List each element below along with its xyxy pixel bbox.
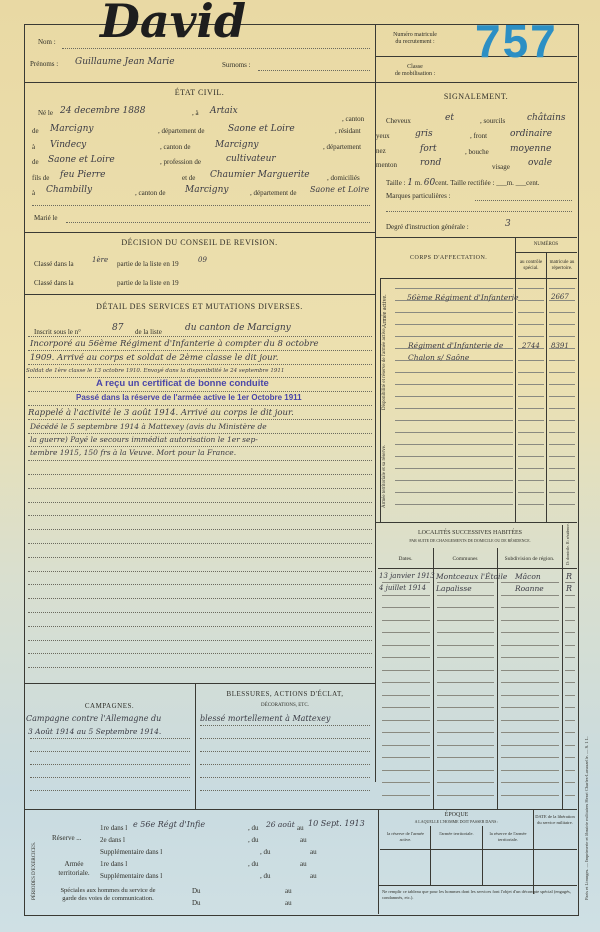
ruled-line	[437, 720, 494, 721]
exercices-epoque-divider	[378, 809, 379, 914]
liste-value: du canton de Marcigny	[185, 323, 291, 333]
ruled-line	[549, 312, 575, 313]
ruled-line	[382, 657, 430, 658]
ruled-line	[382, 695, 430, 696]
profession-value: cultivateur	[226, 154, 276, 164]
row-terr-1: 1re dans l	[100, 860, 127, 868]
ruled-line	[382, 707, 430, 708]
col-dr: D: domicile. R: résidence.	[565, 523, 570, 565]
ruled-line	[501, 620, 559, 621]
classe-label-1: Classe	[407, 64, 423, 70]
ruled-line	[565, 657, 575, 658]
ruled-line	[501, 732, 559, 733]
ruled-line	[518, 360, 544, 361]
localite-dr: R	[566, 572, 572, 581]
residence-value: Vindecy	[50, 140, 86, 150]
localite-dr: R	[566, 584, 572, 593]
ruled-line	[437, 620, 494, 621]
menton-label: menton	[376, 161, 397, 169]
service-after-3: la guerre) Payé le secours immédiat auto…	[30, 435, 258, 444]
ruled-line	[382, 620, 430, 621]
departement3-label: , département de	[250, 189, 296, 197]
ruled-line	[501, 595, 559, 596]
row-2e: 2e dans l	[100, 836, 125, 844]
col-dates: Dates.	[378, 556, 433, 562]
et-de-label: et de	[182, 174, 195, 182]
prenoms-value: Guillaume Jean Marie	[75, 57, 175, 67]
blessures-title: BLESSURES, ACTIONS D'ÉCLAT,	[195, 690, 375, 698]
ruled-line	[549, 480, 575, 481]
ruled-line	[28, 502, 372, 503]
domicile-a-label: à	[32, 189, 35, 197]
ruled-line	[549, 384, 575, 385]
speciales-au-2: au	[285, 899, 292, 907]
matricule-value: 757	[475, 14, 558, 68]
ruled-line	[565, 645, 575, 646]
territoriale-label-1: Armée	[64, 860, 83, 868]
ruled-line	[518, 456, 544, 457]
taille-rect-m: m.	[507, 179, 514, 187]
campagnes-divider	[195, 683, 196, 809]
ruled-line	[501, 795, 559, 796]
row-1er: 1re dans l	[100, 824, 127, 832]
marie-line	[66, 222, 370, 223]
cheveux-label: Cheveux	[386, 117, 411, 125]
territoriale-label-2: territoriale.	[58, 869, 89, 877]
yeux-value: gris	[415, 129, 433, 139]
localite-subdivision: Roanne	[515, 584, 544, 593]
ruled-line	[549, 288, 575, 289]
front-label: , front	[470, 132, 487, 140]
stamp-bonne-conduite: A reçu un certificat de bonne conduite	[96, 378, 269, 389]
ruled-line	[28, 405, 372, 406]
residant-label: , résidant	[335, 127, 361, 135]
affectation-matricule-1: 2667	[551, 293, 569, 301]
front-value: ordinaire	[510, 129, 552, 139]
ruled-line	[518, 504, 544, 505]
ruled-line	[382, 607, 430, 608]
etat-civil-bottom	[24, 232, 375, 233]
ruled-line	[30, 738, 190, 739]
row-terr-supp-du: , du	[260, 872, 271, 880]
corps-title: CORPS D'AFFECTATION.	[410, 255, 487, 261]
row-terr-1-du: , du	[248, 860, 259, 868]
ruled-line	[518, 384, 544, 385]
stamp-reserve: Passé dans la réserve de l'armée active …	[76, 393, 302, 402]
fils-label: fils de	[32, 174, 49, 182]
ruled-line	[382, 595, 430, 596]
de-label: de	[32, 127, 39, 135]
ruled-line	[28, 653, 372, 654]
ruled-line	[200, 725, 370, 726]
ruled-line	[395, 396, 513, 397]
armee-active-label: Armée active.	[382, 294, 388, 328]
ruled-line	[28, 488, 372, 489]
ruled-line	[501, 645, 559, 646]
row-2e-du: , du	[248, 836, 259, 844]
marques-line	[475, 200, 572, 201]
epoque-note: Ne remplir ce tableau que pour les homme…	[382, 889, 574, 901]
blessures-subtitle: DÉCORATIONS, ETC.	[195, 703, 375, 709]
armee-label-col	[380, 278, 381, 522]
bouche-label: , bouche	[465, 148, 489, 156]
ruled-line	[518, 396, 544, 397]
epoque-subtitle: A LAQUELLE L'HOMME DOIT PASSER DANS :	[380, 819, 533, 825]
ruled-line	[382, 670, 430, 671]
ruled-line	[549, 408, 575, 409]
taille-m-unit: m.	[415, 179, 422, 187]
ruled-line	[549, 324, 575, 325]
ruled-line	[395, 288, 513, 289]
ruled-line	[28, 640, 372, 641]
campagnes-title: CAMPAGNES.	[24, 702, 195, 710]
ne-le-label: Né le	[38, 109, 53, 117]
de2-label: de	[32, 158, 39, 166]
col-subdivision: Subdivision de région.	[497, 556, 562, 562]
departement-value: Saone et Loire	[228, 124, 295, 134]
ruled-line	[395, 432, 513, 433]
ruled-line	[549, 360, 575, 361]
ruled-line	[565, 745, 575, 746]
ruled-line	[395, 312, 513, 313]
localite-date: 13 janvier 1913	[379, 572, 435, 580]
header-right-divider	[375, 24, 376, 84]
ruled-line	[382, 782, 430, 783]
ruled-line	[565, 582, 575, 583]
ruled-line	[565, 620, 575, 621]
ruled-line	[28, 419, 372, 420]
ruled-line	[501, 782, 559, 783]
ruled-line	[501, 632, 559, 633]
numeros-inner-divider	[546, 252, 547, 522]
service-line-3: Soldat de 1ère classe le 13 octobre 1910…	[26, 368, 284, 374]
row-supp-du: , du	[260, 848, 271, 856]
ruled-line	[395, 444, 513, 445]
ruled-line	[28, 584, 372, 585]
affectation-corps-1: 56ème Régiment d'Infanterie	[407, 293, 519, 302]
speciales-label-1: Spéciales aux hommes du service de	[60, 887, 155, 894]
col-communes: Communes	[433, 556, 497, 562]
ruled-line	[395, 324, 513, 325]
revision-bottom	[24, 294, 375, 295]
ruled-line	[518, 480, 544, 481]
residence-a-label: à	[32, 143, 35, 151]
blessures-text-1: blessé mortellement à Mattexey	[200, 714, 330, 723]
ruled-line	[549, 372, 575, 373]
departement2-label: , département	[323, 143, 361, 151]
ruled-line	[437, 595, 494, 596]
ruled-line	[565, 720, 575, 721]
ruled-line	[28, 460, 372, 461]
speciales-label: Spéciales aux hommes du service degarde …	[48, 887, 168, 903]
ruled-line	[549, 336, 575, 337]
ruled-line	[200, 764, 370, 765]
ruled-line	[437, 670, 494, 671]
exercices-side-label: PÉRIODES D'EXERCICES.	[32, 842, 37, 900]
ruled-line	[437, 632, 494, 633]
canton2-value: Marcigny	[215, 140, 258, 150]
classe-2-suffix: partie de la liste en 19	[117, 279, 179, 287]
row-terr-supp-au: au	[310, 872, 317, 880]
ruled-line	[200, 751, 370, 752]
ruled-line	[382, 645, 430, 646]
ruled-line	[382, 795, 430, 796]
ruled-line	[382, 732, 430, 733]
ruled-line	[30, 777, 190, 778]
birth-a-label: , à	[192, 109, 199, 117]
ruled-line	[28, 515, 372, 516]
ruled-line	[28, 433, 372, 434]
ruled-line	[518, 324, 544, 325]
ruled-line	[395, 504, 513, 505]
domicile-value: Chambilly	[46, 185, 92, 195]
matricule-label: Numéro matriculedu recrutement :	[380, 32, 450, 46]
matricule-label-2: du recrutement :	[395, 39, 434, 45]
epoque-note-top	[378, 885, 577, 886]
cheveux-value: et	[445, 113, 454, 123]
yeux-label: yeux	[376, 132, 390, 140]
departement3-value: Saone et Loire	[310, 185, 369, 194]
ruled-line	[501, 707, 559, 708]
nom-value: David	[100, 0, 246, 48]
row-terr-1-au: au	[300, 860, 307, 868]
row-1er-du-value: 26 août	[266, 820, 295, 829]
surnoms-label: Surnoms :	[222, 61, 251, 69]
marques-label: Marques particulières :	[386, 192, 451, 200]
row-terr-supp: Supplémentaire dans l	[100, 872, 162, 880]
profession-label: , profession de	[160, 158, 201, 166]
nom-line	[62, 48, 370, 49]
disponibilite-label: Disponibilité et réserve de l'armée acti…	[382, 327, 387, 410]
classe-label: Classede mobilisation :	[380, 64, 450, 78]
ruled-line	[395, 372, 513, 373]
ruled-line	[437, 770, 494, 771]
affectation-bottom	[375, 522, 577, 523]
localite-commune: Montceaux l'Étoile	[436, 572, 507, 581]
mother-value: Chaumier Marguerite	[210, 170, 310, 180]
numeros-title: NUMÉROS	[515, 242, 577, 248]
ruled-line	[501, 770, 559, 771]
services-title: DÉTAIL DES SERVICES ET MUTATIONS DIVERSE…	[24, 302, 375, 311]
ruled-line	[549, 444, 575, 445]
row-supp: Supplémentaire dans l	[100, 848, 162, 856]
ruled-line	[437, 732, 494, 733]
father-value: feu Pierre	[60, 170, 106, 180]
ruled-line	[518, 372, 544, 373]
localites-title: LOCALITÉS SUCCESSIVES HABITÉES	[378, 530, 562, 536]
etat-civil-blank-line	[32, 205, 370, 206]
loc-col-2	[497, 548, 498, 809]
canton-value: Marcigny	[50, 124, 93, 134]
signalement-title: SIGNALEMENT.	[375, 92, 577, 101]
affectation-header-bottom	[380, 278, 577, 279]
epoque-date-title: DATE de la libération du service militai…	[534, 814, 576, 826]
menton-value: rond	[420, 158, 441, 168]
taille-cm-value: 60	[424, 178, 435, 188]
birth-place: Artaix	[210, 106, 238, 116]
ruled-line	[501, 582, 559, 583]
ruled-line	[395, 468, 513, 469]
imprint: Paris et Limoges. — Imprimerie et librai…	[584, 736, 589, 900]
ruled-line	[30, 751, 190, 752]
ruled-line	[28, 474, 372, 475]
reserve-label: Réserve ...	[52, 834, 82, 842]
ruled-line	[518, 420, 544, 421]
ruled-line	[549, 420, 575, 421]
ruled-line	[437, 757, 494, 758]
localite-date: 4 juillet 1914	[379, 584, 426, 592]
campagnes-text-2: 3 Août 1914 au 5 Septembre 1914.	[28, 727, 161, 736]
epoque-col-1-label: la réserve de l'armée active.	[381, 831, 430, 843]
visage-value: ovale	[528, 158, 552, 168]
ruled-line	[518, 300, 544, 301]
ruled-line	[565, 732, 575, 733]
service-after-2: Décédé le 5 septembre 1914 à Mattexey (a…	[30, 422, 267, 431]
visage-label: visage	[492, 163, 510, 171]
ruled-line	[565, 757, 575, 758]
nez-value: fort	[420, 144, 437, 154]
ruled-line	[28, 626, 372, 627]
ruled-line	[200, 790, 370, 791]
ruled-line	[28, 543, 372, 544]
ruled-line	[549, 504, 575, 505]
ruled-line	[549, 396, 575, 397]
ruled-line	[518, 444, 544, 445]
numeros-divider	[515, 237, 516, 522]
ruled-line	[437, 782, 494, 783]
ruled-line	[437, 582, 494, 583]
top-divider	[24, 82, 577, 83]
ruled-line	[565, 607, 575, 608]
ruled-line	[565, 595, 575, 596]
revision-title: DÉCISION DU CONSEIL DE REVISION.	[24, 238, 375, 247]
ruled-line	[518, 432, 544, 433]
speciales-au-1: au	[285, 887, 292, 895]
service-line-1: Incorporé au 56ème Régiment d'Infanterie…	[30, 339, 319, 349]
ruled-line	[501, 720, 559, 721]
classe-2-label: Classé dans la	[34, 279, 74, 287]
ruled-line	[501, 745, 559, 746]
inscrit-label: Inscrit sous le n°	[34, 328, 81, 336]
epoque-col-2-label: l'armée territoriale.	[431, 831, 482, 837]
ruled-line	[382, 720, 430, 721]
service-line-2: 1909. Arrivé au corps et soldat de 2ème …	[30, 353, 278, 363]
row-1er-au: au	[297, 824, 304, 832]
row-1er-au-value: 10 Sept. 1913	[308, 819, 365, 828]
birth-date: 24 decembre 1888	[60, 106, 145, 116]
ruled-line	[565, 695, 575, 696]
ruled-line	[382, 745, 430, 746]
canton2-label: , canton de	[160, 143, 191, 151]
domicilies-label: , domiciliés	[327, 174, 360, 182]
speciales-du-1: Du	[192, 887, 201, 895]
ruled-line	[501, 757, 559, 758]
row-2e-au: au	[300, 836, 307, 844]
speciales-du-2: Du	[192, 899, 201, 907]
ruled-line	[549, 492, 575, 493]
ruled-line	[395, 384, 513, 385]
canton3-value: Marcigny	[185, 185, 228, 195]
ruled-line	[565, 795, 575, 796]
nom-label: Nom :	[38, 38, 56, 46]
ruled-line	[30, 790, 190, 791]
ruled-line	[28, 336, 372, 337]
ruled-line	[501, 607, 559, 608]
ruled-line	[565, 670, 575, 671]
localite-subdivision: Mâcon	[515, 572, 541, 581]
etat-civil-title: ÉTAT CIVIL.	[24, 88, 375, 97]
ruled-line	[565, 632, 575, 633]
ruled-line	[565, 770, 575, 771]
localites-subtitle: PAR SUITE DE CHANGEMENTS DE DOMICILE OU …	[378, 538, 562, 544]
marques-line-2	[386, 211, 572, 212]
classe-1-suffix: partie de la liste en 19	[117, 260, 179, 268]
ruled-line	[565, 707, 575, 708]
ruled-line	[518, 408, 544, 409]
ruled-line	[28, 667, 372, 668]
main-column-divider	[375, 82, 376, 782]
service-after-1: Rappelé à l'activité le 3 août 1914. Arr…	[28, 408, 294, 418]
ruled-line	[501, 670, 559, 671]
affectation-matricule-2: 8391	[551, 342, 569, 350]
ruled-line	[437, 695, 494, 696]
ruled-line	[382, 757, 430, 758]
classe-1-year: 09	[198, 256, 207, 264]
ruled-line	[565, 782, 575, 783]
ruled-line	[200, 777, 370, 778]
ruled-line	[565, 682, 575, 683]
epoque-header-bottom	[380, 849, 577, 850]
col-controle: au contrôle spécial.	[516, 260, 546, 272]
territoriale-label: Armée territoriale et sa réserve.	[382, 445, 387, 508]
signalement-bottom	[375, 237, 577, 238]
ruled-line	[30, 764, 190, 765]
ruled-line	[28, 557, 372, 558]
campagnes-text-1: Campagne contre l'Allemagne du	[26, 714, 161, 723]
ruled-line	[28, 612, 372, 613]
ruled-line	[395, 336, 513, 337]
ruled-line	[549, 432, 575, 433]
matricule-label-1: Numéro matricule	[393, 32, 437, 38]
localite-commune: Lapalisse	[436, 584, 472, 593]
ruled-line	[395, 456, 513, 457]
inscrit-num: 87	[112, 323, 123, 333]
surnoms-line	[258, 70, 370, 71]
ruled-line	[437, 745, 494, 746]
taille-label: Taille : 1 m. 60cent. Taille rectifiée :…	[386, 178, 540, 188]
ruled-line	[395, 420, 513, 421]
ruled-line	[382, 682, 430, 683]
ruled-line	[28, 571, 372, 572]
prenoms-label: Prénoms :	[30, 60, 58, 68]
col-matricule: matricule au répertoire.	[547, 260, 577, 272]
ruled-line	[501, 682, 559, 683]
marie-label: Marié le	[34, 214, 58, 222]
classe-label-2: de mobilisation :	[395, 71, 435, 77]
ruled-line	[437, 795, 494, 796]
affectation-corps-2a: Régiment d'Infanterie de Chalon s/ Saône	[408, 340, 513, 364]
taille-rectifiee-label: Taille rectifiée :	[450, 179, 494, 187]
loc-col-1	[433, 548, 434, 809]
liste-label: de la liste	[135, 328, 162, 336]
classe-1-label: Classé dans la	[34, 260, 74, 268]
ruled-line	[28, 529, 372, 530]
ruled-line	[549, 456, 575, 457]
row-supp-au: au	[310, 848, 317, 856]
epoque-col-3-label: la réserve de l'armée territoriale.	[483, 831, 533, 843]
nez-label: nez	[376, 147, 386, 155]
sourcils-label: , sourcils	[480, 117, 505, 125]
